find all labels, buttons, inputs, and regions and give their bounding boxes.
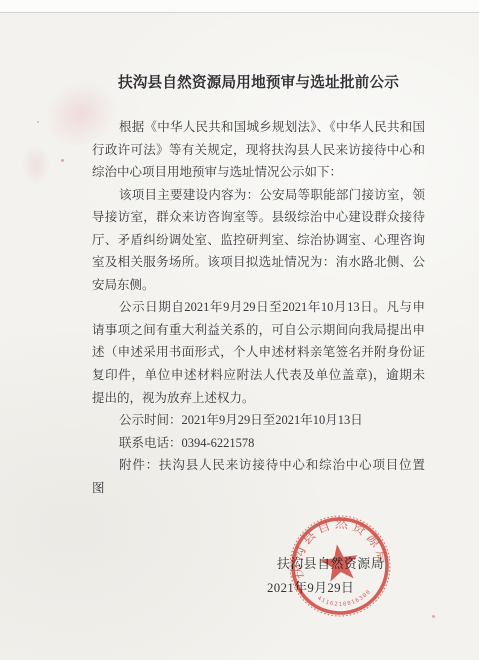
scan-speck (432, 615, 435, 618)
notice-title: 扶沟县自然资源局用地预审与选址批前公示 (92, 73, 425, 93)
notice-body: 根据《中华人民共和国城乡规划法》、《中华人民共和国 行政许可法》等有关规定，现将… (92, 116, 425, 499)
notice-line: 安局东侧。 (92, 274, 425, 297)
official-seal: 扶沟县自然资源局 4116210016300 (280, 506, 400, 626)
notice-line: 室及相关服务场所。该项目拟选址情况为：洧水路北侧、公 (92, 251, 425, 274)
notice-line: 行政许可法》等有关规定，现将扶沟县人民来访接待中心和 (92, 139, 425, 162)
notice-line-attachment-wrap: 图 (92, 477, 425, 500)
notice-line: 请事项之间有重大利益关系的，可自公示期间向我局提出申 (92, 319, 425, 342)
notice-line-publicity-period: 公示时间：2021年9月29日至2021年10月13日 (92, 409, 425, 432)
notice-line-attachment: 附件：扶沟县人民来访接待中心和综治中心项目位置 (92, 454, 425, 477)
notice-line: 综治中心项目用地预审与选址情况公示如下： (92, 161, 425, 184)
scan-smudge (22, 146, 50, 184)
seal-star-icon (318, 542, 361, 583)
notice-line: 复印件，单位申述材料应附法人代表及单位盖章)，逾期未 (92, 364, 425, 387)
scan-speck (37, 121, 39, 123)
seal-code: 4116210016300 (315, 588, 374, 611)
scan-speck (61, 159, 64, 162)
notice-line: 公示日期自2021年9月29日至2021年10月13日。凡与申 (92, 296, 425, 319)
notice-line: 导接访室，群众来访咨询室等。县级综治中心建设群众接待 (92, 206, 425, 229)
notice-line: 述（申述采用书面形式，个人申述材料亲笔签名并附身份证 (92, 341, 425, 364)
notice-line: 厅、矛盾纠纷调处室、监控研判室、综治协调室、心理咨询 (92, 229, 425, 252)
paper-top-edge (0, 0, 479, 13)
notice-line: 根据《中华人民共和国城乡规划法》、《中华人民共和国 (92, 116, 425, 139)
notice-line: 该项目主要建设内容为：公安局等职能部门接访室，领 (92, 184, 425, 207)
svg-text:4116210016300: 4116210016300 (315, 588, 374, 611)
notice-line: 提出的，视为放弃上述权力。 (92, 387, 425, 410)
scanned-notice-page: 扶沟县自然资源局用地预审与选址批前公示 根据《中华人民共和国城乡规划法》、《中华… (0, 0, 479, 660)
notice-line-contact-phone: 联系电话：0394-6221578 (92, 432, 425, 455)
